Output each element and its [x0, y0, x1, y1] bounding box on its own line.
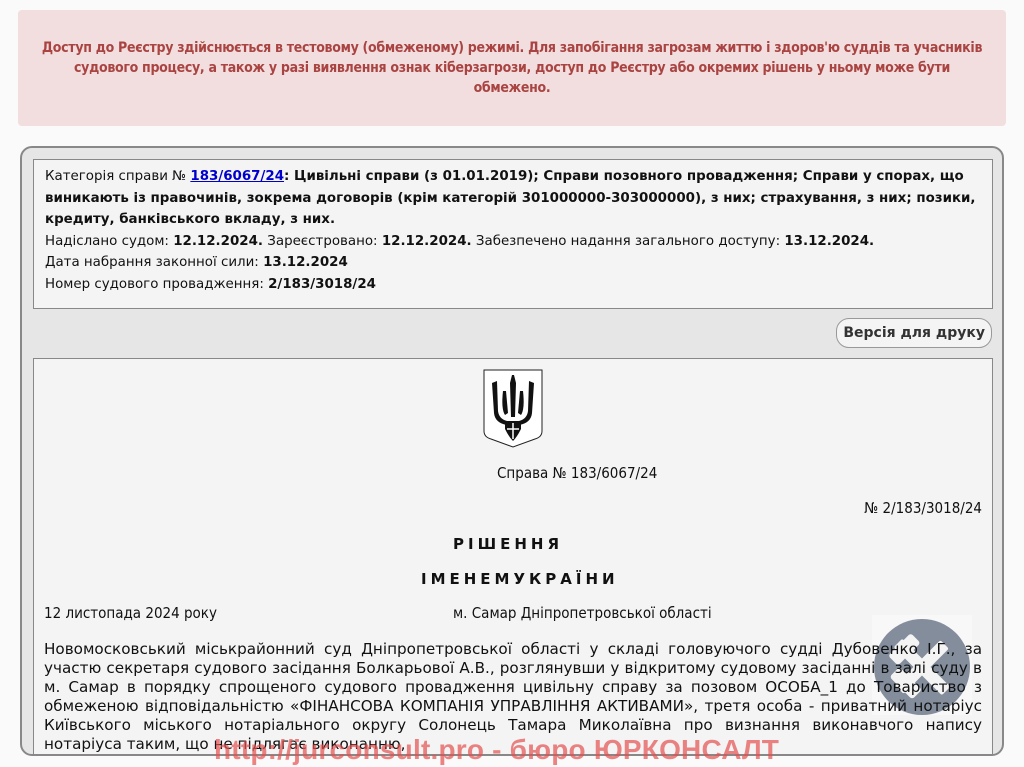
sent-label: Надіслано судом: — [45, 234, 173, 249]
access-label: Забезпечено надання загального доступу: — [472, 234, 785, 249]
force-label: Дата набрання законної сили: — [45, 255, 263, 270]
proceeding-value: 2/183/3018/24 — [268, 277, 376, 292]
proceeding-number-line: № 2/183/3018/24 — [864, 499, 982, 517]
ukraine-coat-of-arms-icon — [483, 369, 543, 449]
case-number-line: Справа № 183/6067/24 — [497, 464, 657, 482]
force-value: 13.12.2024 — [263, 255, 348, 270]
decision-panel: Категорія справи № 183/6067/24: Цивільні… — [20, 146, 1004, 756]
watermark-text: http://jurconsult.pro - бюро ЮРКОНСАЛТ — [214, 733, 779, 767]
sent-date: 12.12.2024. — [173, 234, 263, 249]
alert-text: Доступ до Реєстру здійснюється в тестово… — [34, 38, 990, 98]
case-category: Категорія справи № 183/6067/24: Цивільні… — [45, 166, 981, 231]
case-dates: Надіслано судом: 12.12.2024. Зареєстрова… — [45, 231, 981, 253]
case-number-link[interactable]: 183/6067/24 — [190, 169, 284, 184]
access-date: 13.12.2024. — [784, 234, 874, 249]
proceeding-label: Номер судового провадження: — [45, 277, 268, 292]
category-label: Категорія справи № — [45, 169, 190, 184]
legal-force-date: Дата набрання законної сили: 13.12.2024 — [45, 252, 981, 274]
decision-title: РІШЕННЯ — [453, 535, 563, 553]
case-info-box: Категорія справи № 183/6067/24: Цивільні… — [33, 159, 993, 309]
access-warning-alert: Доступ до Реєстру здійснюється в тестово… — [18, 10, 1006, 126]
registered-date: 12.12.2024. — [382, 234, 472, 249]
decision-date: 12 листопада 2024 року — [44, 604, 217, 622]
decision-subtitle: ІМЕНЕМУКРАЇНИ — [421, 570, 619, 588]
registered-label: Зареєстровано: — [263, 234, 382, 249]
print-version-button[interactable]: Версія для друку — [836, 318, 992, 348]
decision-document: Справа № 183/6067/24 № 2/183/3018/24 РІШ… — [33, 358, 993, 756]
decision-place: м. Самар Дніпропетровської області — [453, 604, 712, 622]
proceeding-number: Номер судового провадження: 2/183/3018/2… — [45, 274, 981, 296]
